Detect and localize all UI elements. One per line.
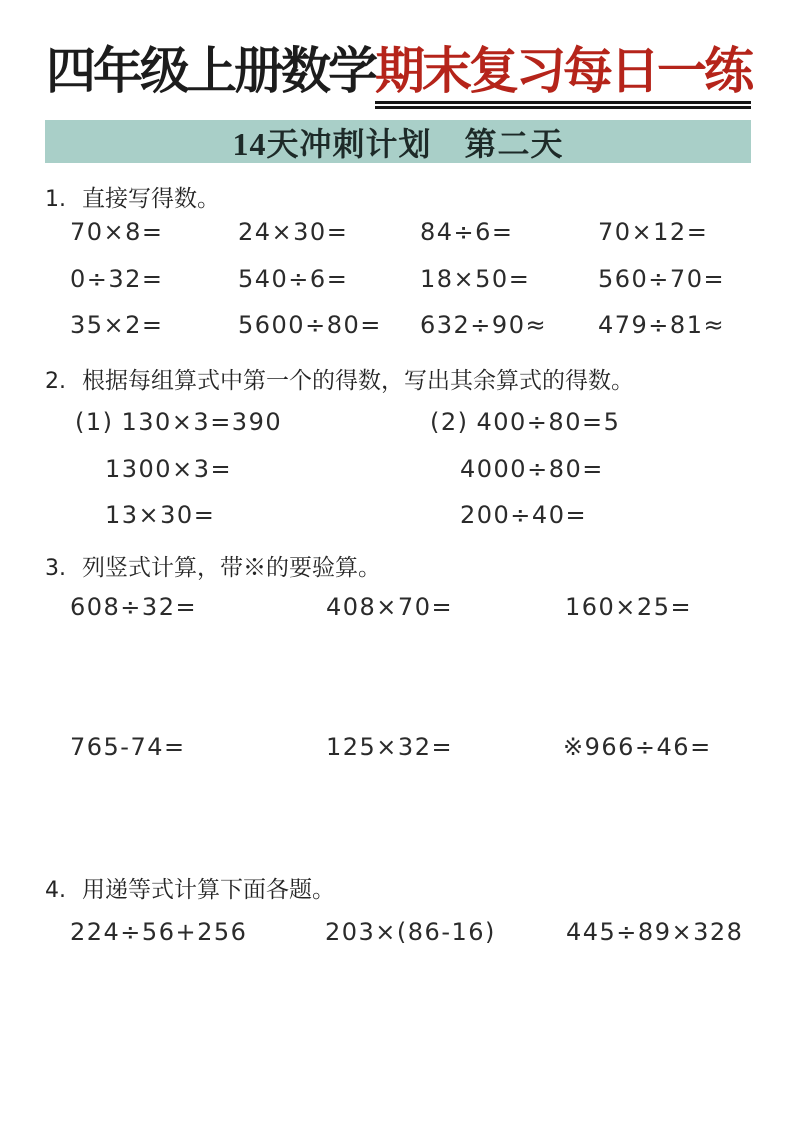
question-1-label: 1.直接写得数。 — [45, 180, 220, 213]
q2-group2-first-expression: 400÷80=5 — [477, 408, 621, 436]
q1-expression: 24×30= — [238, 218, 348, 246]
q3-expression: 765-74= — [70, 733, 186, 761]
plan-banner-text: 14天冲刺计划 第二天 — [232, 119, 563, 165]
q2-expression: 13×30= — [105, 501, 215, 529]
question-3-label: 3.列竖式计算，带※的要验算。 — [45, 549, 381, 582]
q1-expression: 70×8= — [70, 218, 164, 246]
question-4-label: 4.用递等式计算下面各题。 — [45, 871, 335, 904]
q4-expression: 445÷89×328 — [566, 918, 743, 946]
question-4-number: 4. — [45, 878, 66, 903]
plan-banner: 14天冲刺计划 第二天 — [45, 120, 751, 163]
question-2-label: 2.根据每组算式中第一个的得数，写出其余算式的得数。 — [45, 362, 634, 395]
q4-expression: 224÷56+256 — [70, 918, 247, 946]
q1-expression: 560÷70= — [598, 265, 725, 293]
q2-group2-first-line: (2)400÷80=5 — [430, 408, 620, 436]
q4-expression: 203×(86-16) — [325, 918, 496, 946]
q2-group1-first-expression: 130×3=390 — [122, 408, 283, 436]
page-title: 四年级上册数学期末复习每日一练 — [46, 40, 751, 102]
q3-expression: 160×25= — [565, 593, 692, 621]
worksheet-page: 四年级上册数学期末复习每日一练 14天冲刺计划 第二天 1.直接写得数。 70×… — [0, 0, 793, 1122]
q2-expression: 1300×3= — [105, 455, 232, 483]
question-2-number: 2. — [45, 369, 66, 394]
question-3-text: 列竖式计算，带※的要验算。 — [82, 555, 381, 580]
q1-expression: 540÷6= — [238, 265, 348, 293]
q1-expression: 5600÷80= — [238, 311, 382, 339]
q3-expression-verify: ※966÷46= — [563, 733, 712, 761]
q1-expression: 479÷81≈ — [598, 311, 725, 339]
q2-expression: 200÷40= — [460, 501, 587, 529]
q2-group1-first-line: (1)130×3=390 — [75, 408, 282, 436]
q1-expression: 0÷32= — [70, 265, 164, 293]
question-2-text: 根据每组算式中第一个的得数，写出其余算式的得数。 — [82, 368, 634, 393]
q2-expression: 4000÷80= — [460, 455, 604, 483]
q1-expression: 84÷6= — [420, 218, 514, 246]
q1-expression: 70×12= — [598, 218, 708, 246]
question-4-text: 用递等式计算下面各题。 — [82, 877, 335, 902]
q3-expression: 125×32= — [326, 733, 453, 761]
q1-expression: 18×50= — [420, 265, 530, 293]
question-1-number: 1. — [45, 187, 66, 212]
q3-expression: 608÷32= — [70, 593, 197, 621]
q2-group2-marker: (2) — [430, 408, 469, 436]
question-3-number: 3. — [45, 556, 66, 581]
title-topic-part: 期末复习每日一练 — [375, 43, 751, 109]
question-1-text: 直接写得数。 — [82, 186, 220, 211]
q1-expression: 632÷90≈ — [420, 311, 547, 339]
title-course-part: 四年级上册数学 — [46, 43, 375, 99]
q2-group1-marker: (1) — [75, 408, 114, 436]
q3-expression: 408×70= — [326, 593, 453, 621]
q1-expression: 35×2= — [70, 311, 164, 339]
